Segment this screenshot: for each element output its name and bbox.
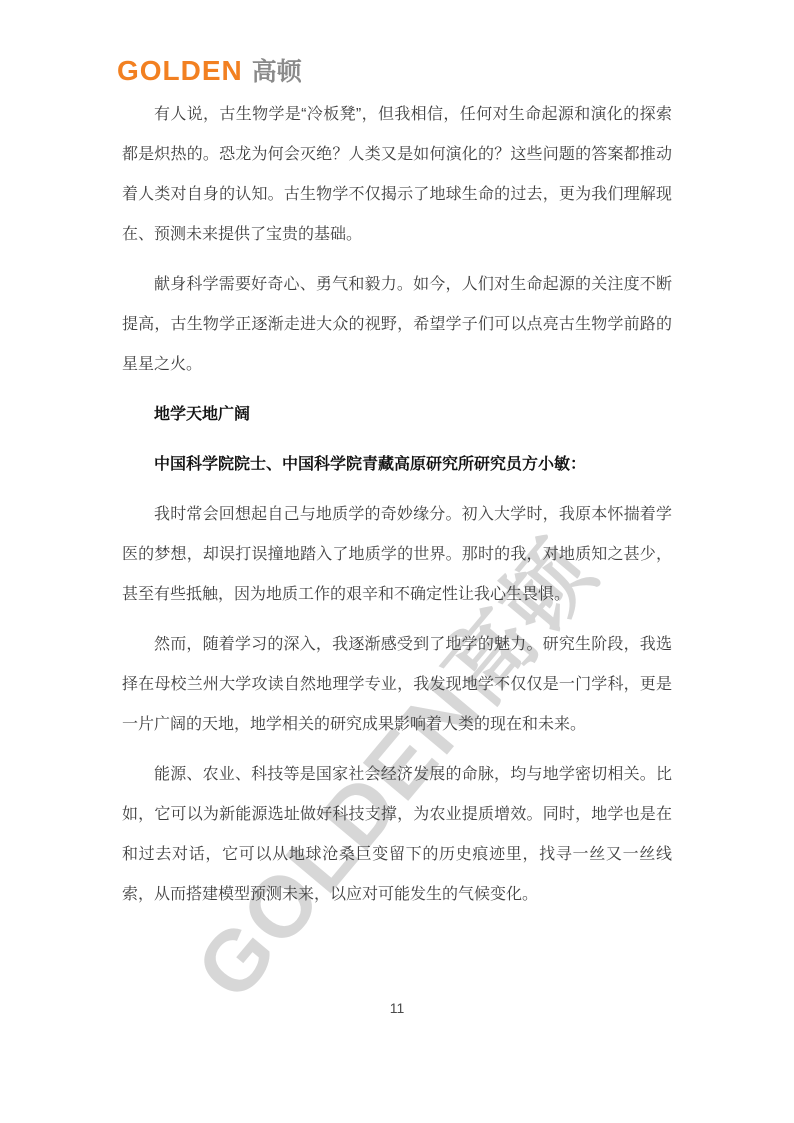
section-heading-academician-byline: 中国科学院院士、中国科学院青藏高原研究所研究员方小敏：: [122, 445, 672, 485]
paragraph-charm-of-geoscience: 然而，随着学习的深入，我逐渐感受到了地学的魅力。研究生阶段，我选择在母校兰州大学…: [122, 625, 672, 745]
document-page: GOLDEN高顿 GOLDEN 高顿 有人说，古生物学是“冷板凳”，但我相信，任…: [0, 0, 794, 1123]
page-number: 11: [390, 1000, 405, 1016]
paragraph-devotion-to-science: 献身科学需要好奇心、勇气和毅力。如今，人们对生命起源的关注度不断提高，古生物学正…: [122, 265, 672, 385]
paragraph-geoscience-applications: 能源、农业、科技等是国家社会经济发展的命脉，均与地学密切相关。比如，它可以为新能…: [122, 755, 672, 915]
brand-logo: GOLDEN 高顿: [117, 52, 302, 88]
logo-golden-wordmark: GOLDEN: [117, 55, 243, 87]
page-footer: 11: [0, 1000, 794, 1018]
section-heading-geoscience: 地学天地广阔: [122, 395, 672, 435]
logo-gaodun-chinese: 高顿: [252, 52, 302, 88]
document-body: 有人说，古生物学是“冷板凳”，但我相信，任何对生命起源和演化的探索都是炽热的。恐…: [122, 95, 672, 925]
paragraph-paleontology-exploration: 有人说，古生物学是“冷板凳”，但我相信，任何对生命起源和演化的探索都是炽热的。恐…: [122, 95, 672, 255]
paragraph-geology-origin-story: 我时常会回想起自己与地质学的奇妙缘分。初入大学时，我原本怀揣着学医的梦想，却误打…: [122, 495, 672, 615]
